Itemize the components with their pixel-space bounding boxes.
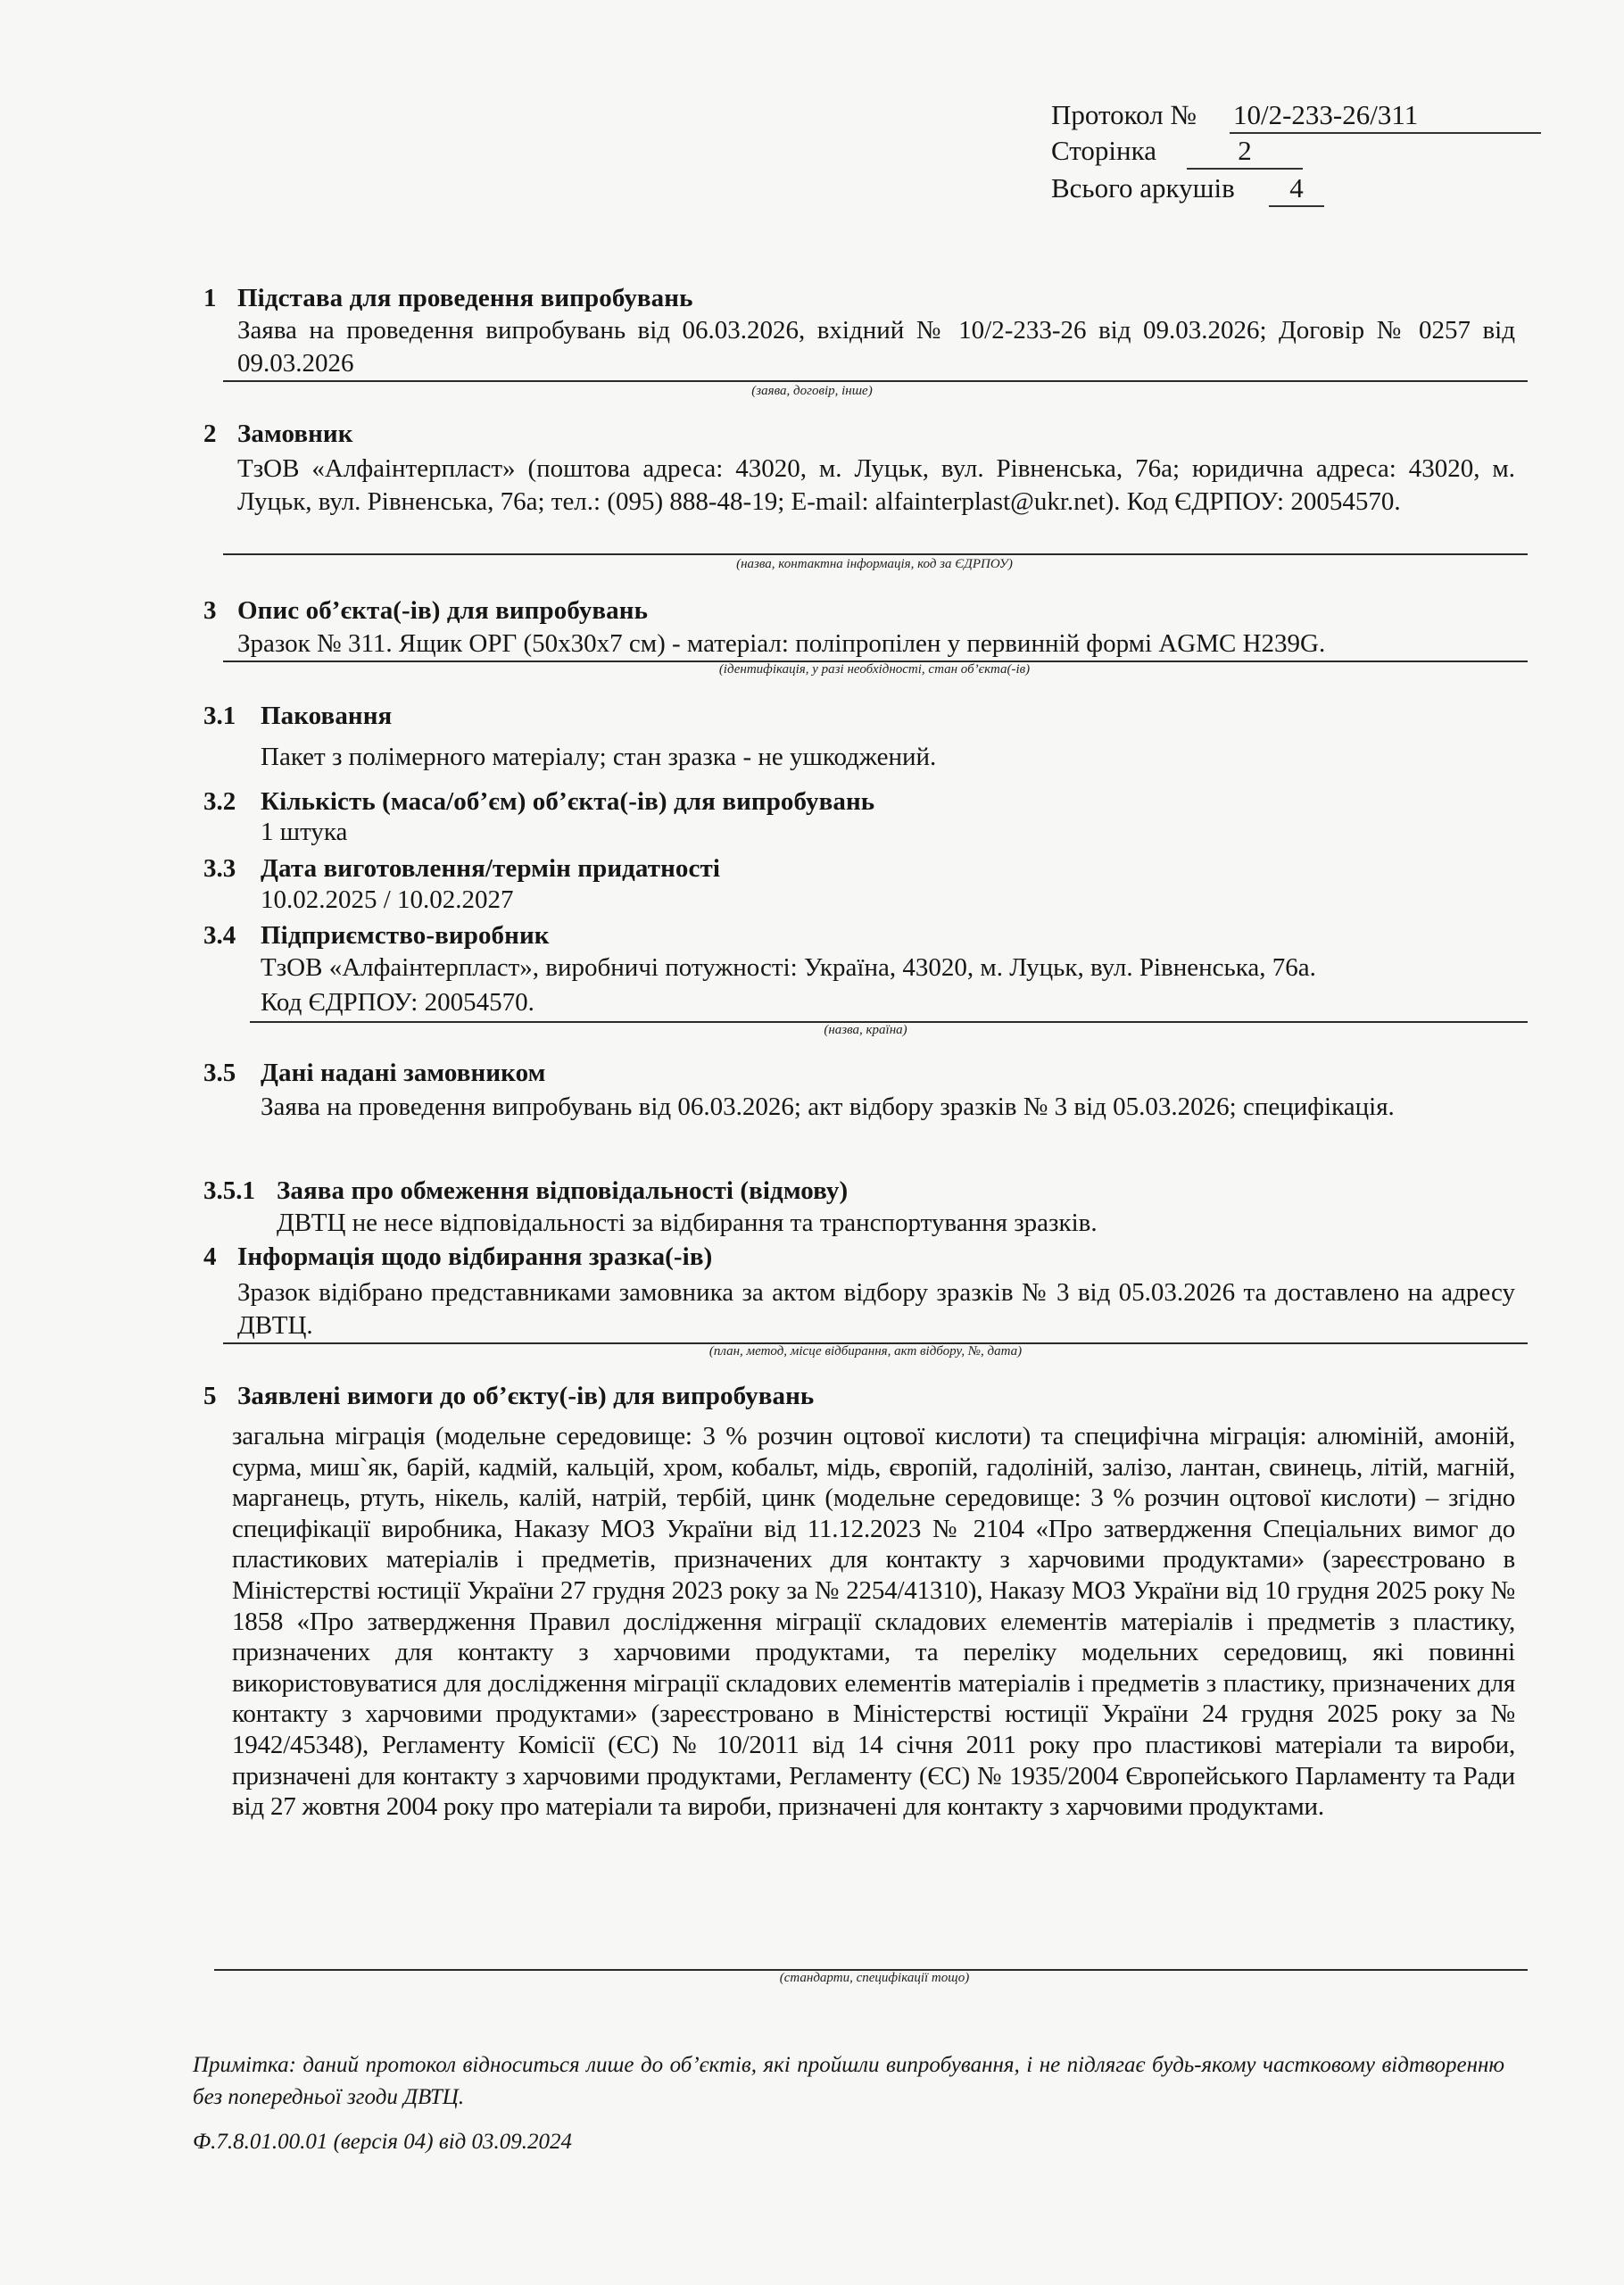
divider [223,380,1528,382]
section-1-number: 1 [203,284,217,313]
section-3-1-text: Пакет з полімерного матеріалу; стан зраз… [261,743,936,772]
section-3-3-title: Дата виготовлення/термін придатності [261,854,720,884]
divider [223,553,1528,555]
section-3-4-caption: (назва, країна) [758,1023,973,1038]
section-5-number: 5 [203,1382,217,1411]
section-3-caption: (ідентифікація, у разі необхідності, ста… [625,662,1124,677]
section-3-2-title: Кількість (маса/об’єм) об’єкта(-ів) для … [261,787,874,817]
section-2-title: Замовник [237,420,353,449]
section-3-title: Опис об’єкта(-ів) для випробувань [237,596,648,626]
section-3-1-number: 3.1 [203,702,236,731]
section-4-caption: (план, метод, місце відбирання, акт відб… [625,1344,1106,1359]
section-3-4-title: Підприємство-виробник [261,921,550,951]
section-3-4-number: 3.4 [203,921,236,951]
section-2-text: ТзОВ «Алфаінтерпласт» (поштова адреса: 4… [237,453,1515,519]
page-line: Сторінка 2 [1051,134,1156,168]
document-page: Протокол № 10/2-233-26/311 Сторінка 2 Вс… [0,0,1624,2285]
protocol-number: 10/2-233-26/311 [1230,98,1541,134]
form-code: Ф.7.8.01.00.01 (версія 04) від 03.09.202… [193,2126,572,2158]
section-5-text: загальна міграція (модельне середовище: … [232,1421,1515,1823]
section-4-number: 4 [203,1242,217,1272]
section-2-caption: (назва, контактна інформація, код за ЄДР… [625,557,1124,572]
section-3-5-1-number: 3.5.1 [203,1176,255,1206]
section-1-caption: (заява, договір, інше) [625,384,999,399]
section-3-1-title: Паковання [261,702,392,731]
protocol-label: Протокол № [1051,98,1197,132]
page-number: 2 [1187,134,1303,170]
section-3-5-number: 3.5 [203,1059,236,1088]
section-3-4-code: Код ЄДРПОУ: 20054570. [261,988,534,1018]
section-1-title: Підстава для проведення випробувань [237,284,693,313]
section-3-5-title: Дані надані замовником [261,1059,545,1088]
section-2-number: 2 [203,420,217,449]
total-line: Всього аркушів 4 [1051,171,1235,205]
section-4-text: Зразок відібрано представниками замовник… [237,1276,1515,1342]
total-pages: 4 [1269,171,1324,207]
section-3-2-number: 3.2 [203,787,236,817]
section-4-title: Інформація щодо відбирання зразка(-ів) [237,1242,712,1272]
section-3-3-text: 10.02.2025 / 10.02.2027 [261,885,514,915]
page-label: Сторінка [1051,134,1156,168]
section-3-5-text: Заява на проведення випробувань від 06.0… [261,1091,1515,1123]
section-5-caption: (стандарти, специфікації тощо) [696,1971,1053,1986]
section-3-4-text: ТзОВ «Алфаінтерпласт», виробничі потужно… [261,953,1316,983]
total-label: Всього аркушів [1051,171,1235,205]
section-3-2-text: 1 штука [261,818,347,847]
section-5-title: Заявлені вимоги до об’єкту(-ів) для випр… [237,1382,814,1411]
section-3-number: 3 [203,596,217,626]
section-3-3-number: 3.3 [203,854,236,884]
section-3-5-1-text: ДВТЦ не несе відповідальності за відбира… [277,1209,1098,1238]
section-1-text: Заява на проведення випробувань від 06.0… [237,314,1515,380]
section-3-text: Зразок № 311. Ящик ОРГ (50x30x7 см) - ма… [237,629,1515,659]
section-3-5-1-title: Заява про обмеження відповідальності (ві… [277,1176,848,1206]
footer-note: Примітка: даний протокол відноситься лиш… [193,2049,1504,2114]
protocol-line: Протокол № 10/2-233-26/311 [1051,98,1197,132]
